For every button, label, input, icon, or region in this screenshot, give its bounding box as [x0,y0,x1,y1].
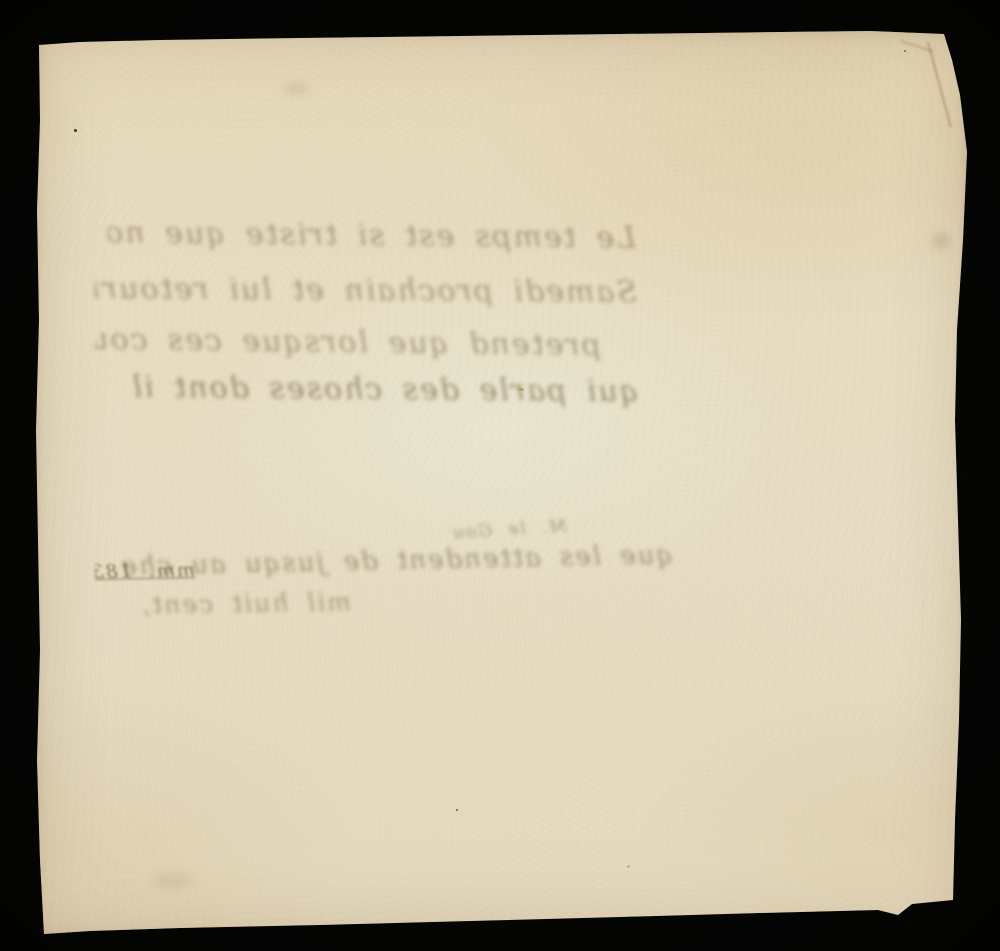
showthrough-handwriting-line: pretend que lorsque ces courses se rappr… [95,322,601,363]
paper-edge-shading [33,28,969,938]
foxing-stain [283,83,309,95]
paper-speck [904,50,906,52]
foxing-stain [932,233,950,249]
foxing-stain [153,873,193,889]
paper-speck [74,129,77,132]
showthrough-handwriting-line: qui parle des choses dont il aura, il es… [117,370,639,410]
showthrough-handwriting-line: Samedi prochain et lui retournerait ses … [95,271,637,310]
corner-crease-mark [927,42,952,128]
paper-speck [519,388,524,391]
showthrough-handwriting-line: Le temps est si triste que nous ne pourr… [108,215,636,256]
paper-texture-overlay [33,28,969,938]
showthrough-handwriting-line-small: M. le Gouverneur [448,516,567,543]
letter-verso-paper: Le temps est si triste que nous ne pourr… [33,28,969,938]
showthrough-handwriting-date-fragment: mm. 183 [95,559,195,583]
corner-crease-mark [900,40,933,52]
paper-speck [456,809,458,811]
photo-background: Le temps est si triste que nous ne pourr… [0,0,1000,951]
showthrough-handwriting-line: que les attendent de jusqu au che qui a … [113,540,674,582]
paper-speck [627,865,630,868]
showthrough-handwriting-line: mil huit cent, Marseille [125,587,351,619]
